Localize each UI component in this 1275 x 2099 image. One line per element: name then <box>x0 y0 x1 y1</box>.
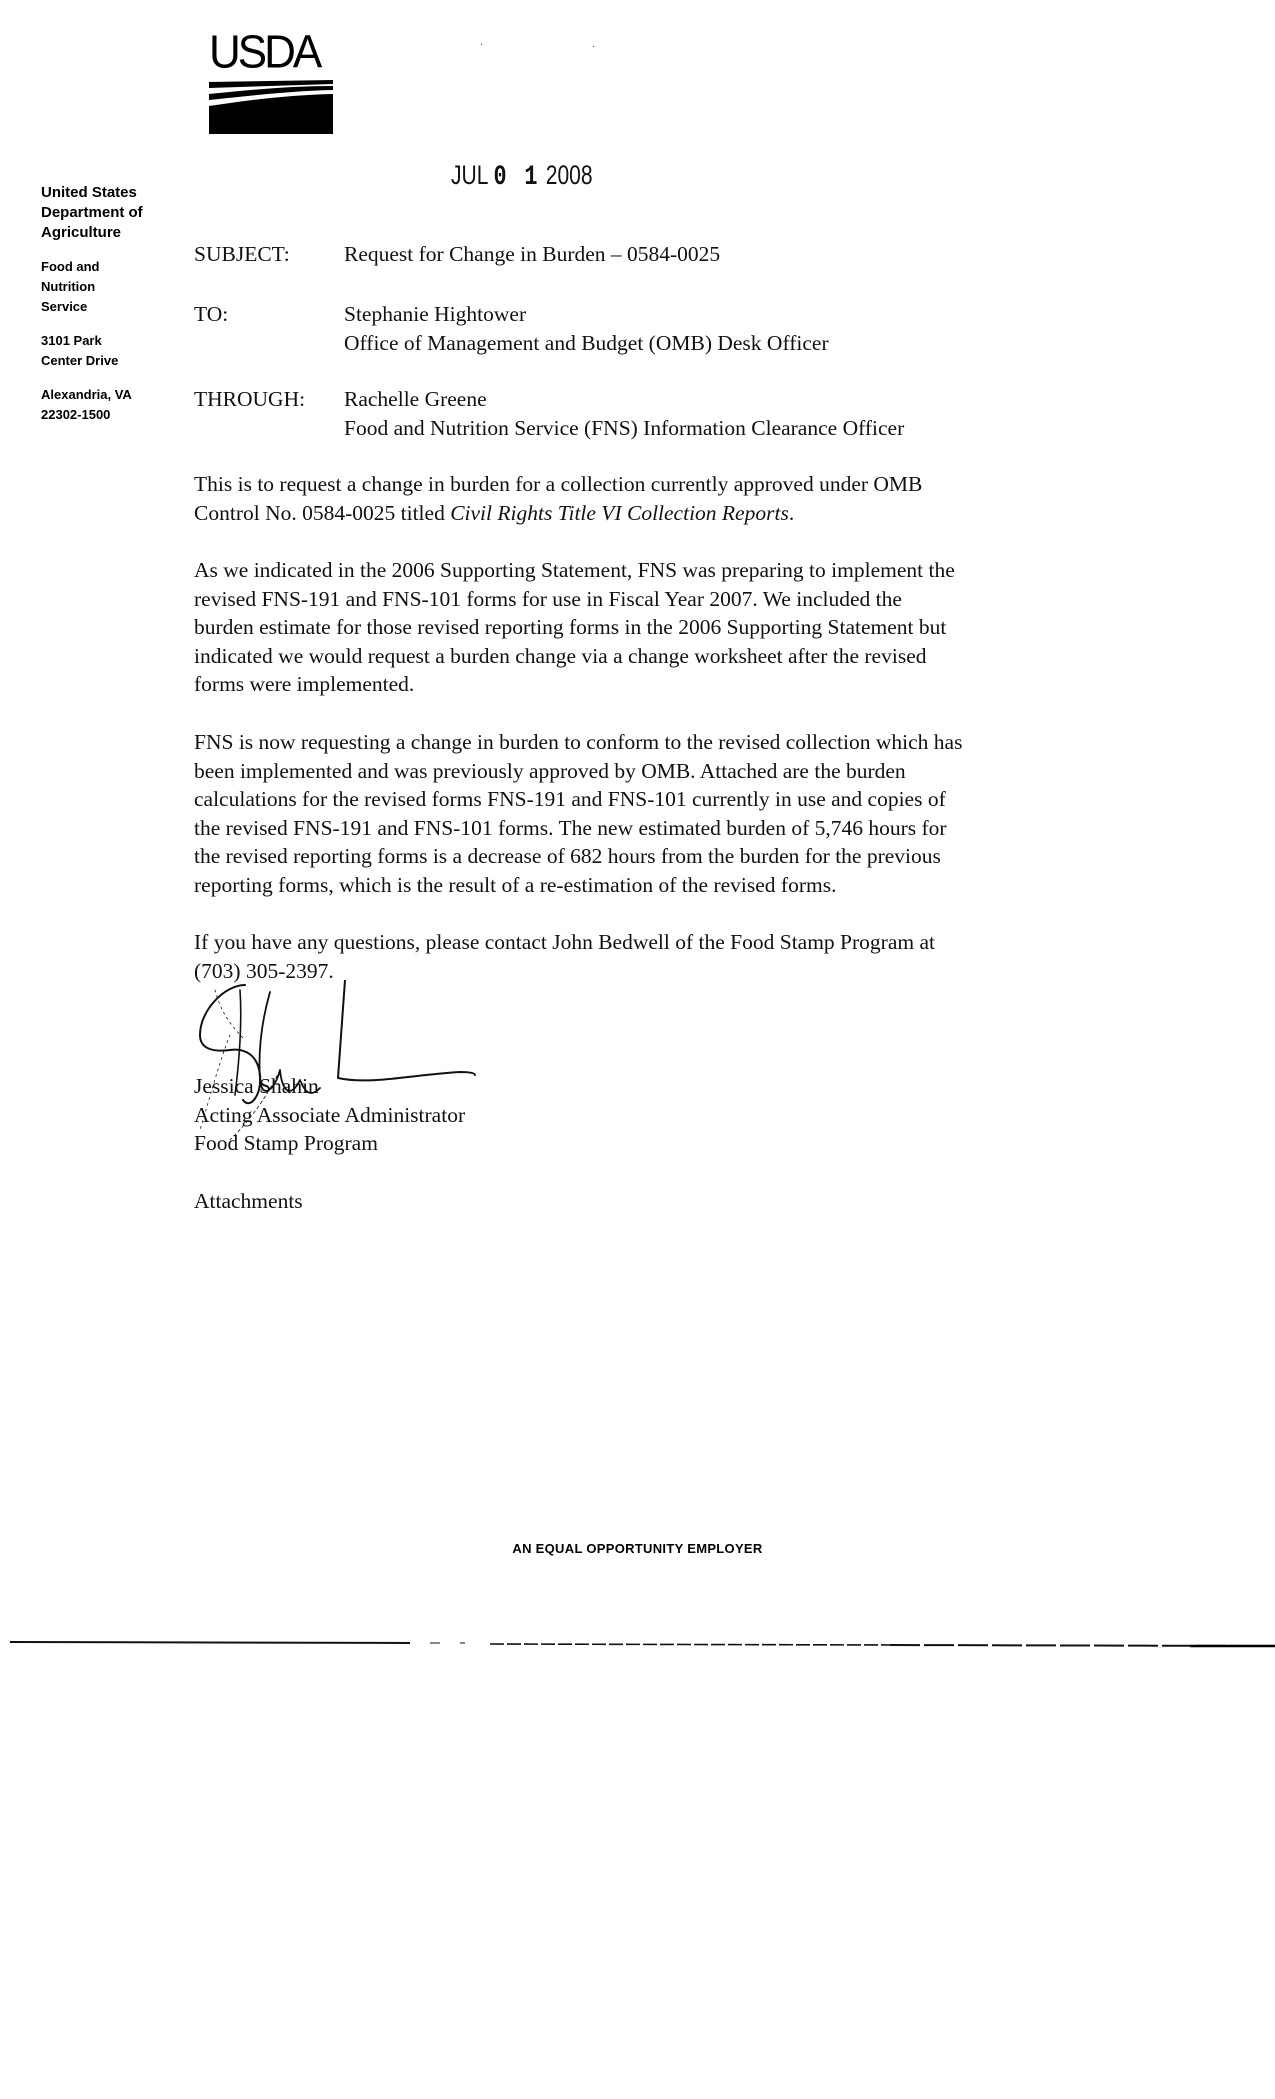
attachments-label: Attachments <box>194 1187 303 1215</box>
city-zip: Alexandria, VA 22302-1500 <box>41 385 181 425</box>
text-span: Control No. 0584-0025 titled <box>194 501 450 525</box>
paragraph-line: indicated we would request a burden chan… <box>194 642 1094 671</box>
to-label: TO: <box>194 300 228 329</box>
subject-label: SUBJECT: <box>194 240 290 269</box>
date-day: 0 1 <box>494 162 540 193</box>
date-year: 2008 <box>546 160 593 190</box>
sidebar-line: Agriculture <box>41 223 181 243</box>
agency-address-sidebar: United States Department of Agriculture … <box>41 183 181 439</box>
sidebar-line: 22302-1500 <box>41 405 181 425</box>
paragraph-line: If you have any questions, please contac… <box>194 928 1094 957</box>
paragraph-request: This is to request a change in burden fo… <box>194 470 1094 527</box>
through-name: Rachelle Greene <box>344 385 487 414</box>
paragraph-line: burden estimate for those revised report… <box>194 613 1094 642</box>
date-month: JUL <box>451 160 488 190</box>
paragraph-line: Control No. 0584-0025 titled Civil Right… <box>194 499 1094 528</box>
signatory-program: Food Stamp Program <box>194 1129 465 1158</box>
scan-edge-line <box>10 1640 1275 1648</box>
paragraph-background: As we indicated in the 2006 Supporting S… <box>194 556 1094 699</box>
sidebar-line: Alexandria, VA <box>41 385 181 405</box>
signatory-name: Jessica Shahin <box>194 1072 465 1101</box>
logo-text: USDA <box>209 32 333 74</box>
sidebar-line: Service <box>41 297 181 317</box>
usda-logo: USDA <box>209 32 333 139</box>
text-span: . <box>789 501 794 525</box>
paragraph-line: forms were implemented. <box>194 670 1094 699</box>
department-name: United States Department of Agriculture <box>41 183 181 243</box>
paragraph-line: revised FNS-191 and FNS-101 forms for us… <box>194 585 1094 614</box>
paragraph-contact: If you have any questions, please contac… <box>194 928 1094 985</box>
paragraph-line: As we indicated in the 2006 Supporting S… <box>194 556 1094 585</box>
paragraph-line: the revised reporting forms is a decreas… <box>194 842 1094 871</box>
sidebar-line: Food and <box>41 257 181 277</box>
paragraph-line: been implemented and was previously appr… <box>194 757 1094 786</box>
to-title: Office of Management and Budget (OMB) De… <box>344 329 829 358</box>
sidebar-line: United States <box>41 183 181 203</box>
sidebar-line: Nutrition <box>41 277 181 297</box>
street-address: 3101 Park Center Drive <box>41 331 181 371</box>
paragraph-change-details: FNS is now requesting a change in burden… <box>194 728 1094 899</box>
sidebar-line: Center Drive <box>41 351 181 371</box>
usda-landscape-mark-icon <box>209 78 333 134</box>
sidebar-line: 3101 Park <box>41 331 181 351</box>
date-stamp: JUL 0 1 2008 <box>451 160 593 193</box>
through-label: THROUGH: <box>194 385 305 414</box>
signatory-title: Acting Associate Administrator <box>194 1101 465 1130</box>
to-name: Stephanie Hightower <box>344 300 526 329</box>
collection-title: Civil Rights Title VI Collection Reports <box>450 501 789 525</box>
subject-value: Request for Change in Burden – 0584-0025 <box>344 240 720 269</box>
paragraph-line: reporting forms, which is the result of … <box>194 871 1094 900</box>
scan-speck: · <box>592 42 595 53</box>
scan-speck: · <box>480 40 483 51</box>
through-title: Food and Nutrition Service (FNS) Informa… <box>344 414 904 443</box>
sidebar-line: Department of <box>41 203 181 223</box>
signatory-block: Jessica Shahin Acting Associate Administ… <box>194 1072 465 1158</box>
paragraph-line: This is to request a change in burden fo… <box>194 470 1094 499</box>
service-name: Food and Nutrition Service <box>41 257 181 317</box>
paragraph-line: FNS is now requesting a change in burden… <box>194 728 1094 757</box>
paragraph-line: the revised FNS-191 and FNS-101 forms. T… <box>194 814 1094 843</box>
equal-opportunity-footer: AN EQUAL OPPORTUNITY EMPLOYER <box>0 1541 1275 1556</box>
paragraph-line: calculations for the revised forms FNS-1… <box>194 785 1094 814</box>
